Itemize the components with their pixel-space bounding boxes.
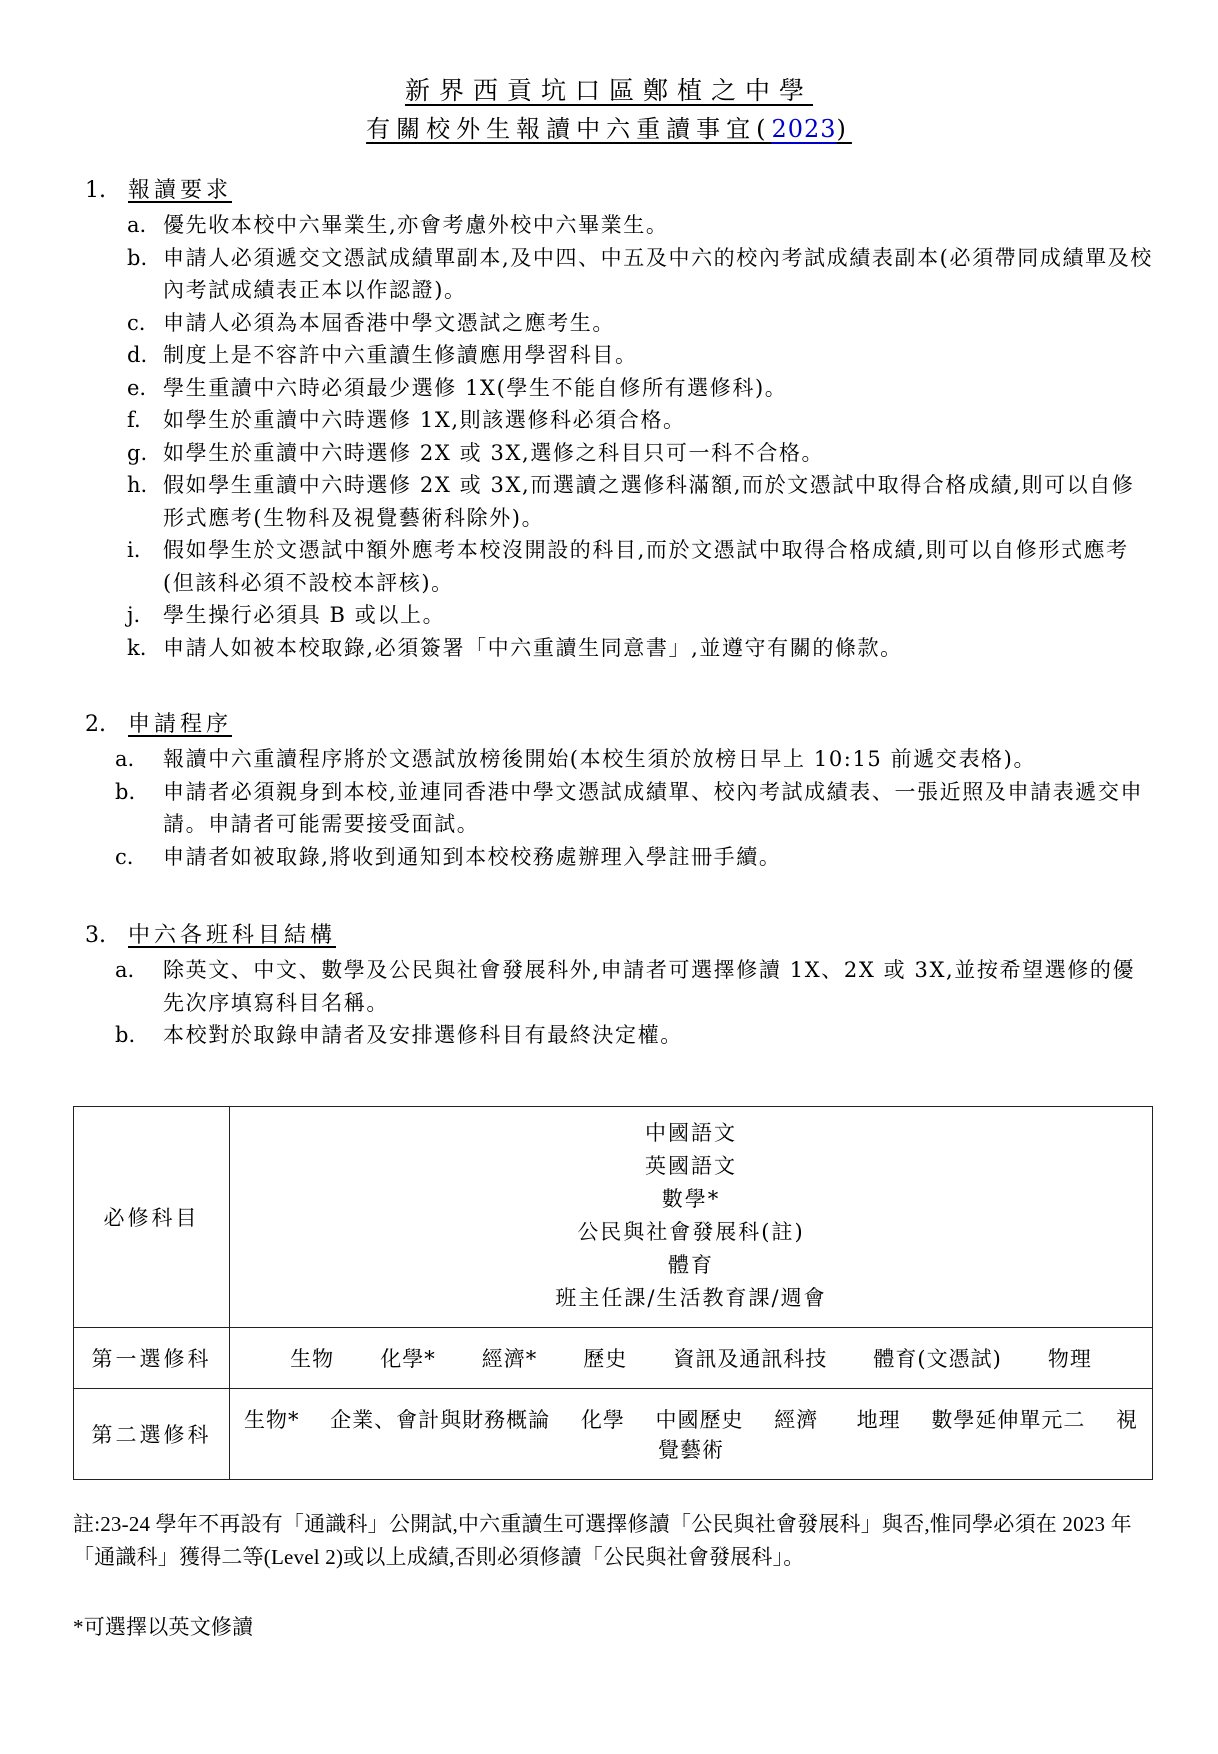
table-row-first-elective: 第一選修科 生物 化學* 經濟* 歷史 資訊及通訊科技 體育(文憑試) 物理 <box>74 1327 1153 1388</box>
document-title: 新界西貢坑口區鄭植之中學 有關校外生報讀中六重讀事宜(2023) <box>0 72 1218 148</box>
list-item: k.申請人如被本校取錄,必須簽署「中六重讀生同意書」,並遵守有關的條款。 <box>85 632 1156 665</box>
list-item: c.申請人必須為本屆香港中學文憑試之應考生。 <box>85 307 1156 340</box>
item-label: c. <box>115 841 163 874</box>
item-text: 如學生於重讀中六時選修 1X,則該選修科必須合格。 <box>163 404 1156 437</box>
subtitle-suffix: ) <box>837 115 852 143</box>
row-header-elective2: 第二選修科 <box>74 1388 230 1479</box>
document-subtitle: 有關校外生報讀中六重讀事宜(2023) <box>0 110 1218 148</box>
section-number: 3. <box>85 919 128 953</box>
notes: 註:23-24 學年不再設有「通識科」公開試,中六重讀生可選擇修讀「公民與社會發… <box>0 1508 1218 1641</box>
footnote-english-medium: *可選擇以英文修讀 <box>73 1611 1156 1641</box>
section-heading: 中六各班科目結構 <box>128 919 336 953</box>
section-items: a.報讀中六重讀程序將於文憑試放榜後開始(本校生須於放榜日早上 10:15 前遞… <box>85 743 1156 873</box>
document-page: 新界西貢坑口區鄭植之中學 有關校外生報讀中六重讀事宜(2023) 1. 報讀要求… <box>0 0 1218 1754</box>
item-label: k. <box>127 632 163 665</box>
item-text: 制度上是不容許中六重讀生修讀應用學習科目。 <box>163 339 1156 372</box>
school-name: 新界西貢坑口區鄭植之中學 <box>0 72 1218 110</box>
item-text: 如學生於重讀中六時選修 2X 或 3X,選修之科目只可一科不合格。 <box>163 437 1156 470</box>
item-text: 假如學生於文憑試中額外應考本校沒開設的科目,而於文憑試中取得合格成績,則可以自修… <box>163 534 1156 599</box>
item-label: g. <box>127 437 163 470</box>
note-citizenship-subject: 註:23-24 學年不再設有「通識科」公開試,中六重讀生可選擇修讀「公民與社會發… <box>73 1508 1156 1574</box>
section-heading-row: 2. 申請程序 <box>85 708 1156 742</box>
section-number: 2. <box>85 708 128 742</box>
section-heading: 報讀要求 <box>128 174 232 208</box>
item-label: a. <box>127 209 163 242</box>
item-label: h. <box>127 469 163 534</box>
item-text: 申請人必須為本屆香港中學文憑試之應考生。 <box>163 307 1156 340</box>
item-label: c. <box>127 307 163 340</box>
core-subjects-cell: 中國語文 英國語文 數學* 公民與社會發展科(註) 體育 班主任課/生活教育課/… <box>230 1106 1153 1327</box>
row-header-core: 必修科目 <box>74 1106 230 1327</box>
table-row-second-elective: 第二選修科 生物* 企業、會計與財務概論 化學 中國歷史 經濟 地理 數學延伸單… <box>74 1388 1153 1479</box>
item-label: f. <box>127 404 163 437</box>
section-admission-requirements: 1. 報讀要求 a.優先收本校中六畢業生,亦會考慮外校中六畢業生。 b.申請人必… <box>85 174 1156 664</box>
item-text: 假如學生重讀中六時選修 2X 或 3X,而選讀之選修科滿額,而於文憑試中取得合格… <box>163 469 1156 534</box>
list-item: b.本校對於取錄申請者及安排選修科目有最終決定權。 <box>85 1019 1156 1052</box>
subjects-table: 必修科目 中國語文 英國語文 數學* 公民與社會發展科(註) 體育 班主任課/生… <box>73 1106 1153 1480</box>
list-item: f.如學生於重讀中六時選修 1X,則該選修科必須合格。 <box>85 404 1156 437</box>
section-items: a.除英文、中文、數學及公民與社會發展科外,申請者可選擇修讀 1X、2X 或 3… <box>85 954 1156 1052</box>
list-item: c.申請者如被取錄,將收到通知到本校校務處辦理入學註冊手續。 <box>85 841 1156 874</box>
section-subject-structure: 3. 中六各班科目結構 a.除英文、中文、數學及公民與社會發展科外,申請者可選擇… <box>85 919 1156 1052</box>
item-text: 報讀中六重讀程序將於文憑試放榜後開始(本校生須於放榜日早上 10:15 前遞交表… <box>163 743 1156 776</box>
subtitle-prefix: 有關校外生報讀中六重讀事宜( <box>366 115 771 143</box>
table-row-core-subjects: 必修科目 中國語文 英國語文 數學* 公民與社會發展科(註) 體育 班主任課/生… <box>74 1106 1153 1327</box>
list-item: a.除英文、中文、數學及公民與社會發展科外,申請者可選擇修讀 1X、2X 或 3… <box>85 954 1156 1019</box>
item-label: b. <box>127 242 163 307</box>
item-label: d. <box>127 339 163 372</box>
section-heading-row: 1. 報讀要求 <box>85 174 1156 208</box>
list-item: b.申請人必須遞交文憑試成績單副本,及中四、中五及中六的校內考試成績表副本(必須… <box>85 242 1156 307</box>
item-text: 學生重讀中六時必須最少選修 1X(學生不能自修所有選修科)。 <box>163 372 1156 405</box>
item-text: 學生操行必須具 B 或以上。 <box>163 599 1156 632</box>
item-label: b. <box>115 776 163 841</box>
item-text: 申請者必須親身到本校,並連同香港中學文憑試成績單、校內考試成績表、一張近照及申請… <box>163 776 1156 841</box>
list-item: a.報讀中六重讀程序將於文憑試放榜後開始(本校生須於放榜日早上 10:15 前遞… <box>85 743 1156 776</box>
elective2-subjects-cell: 生物* 企業、會計與財務概論 化學 中國歷史 經濟 地理 數學延伸單元二 視覺藝… <box>230 1388 1153 1479</box>
list-item: i.假如學生於文憑試中額外應考本校沒開設的科目,而於文憑試中取得合格成績,則可以… <box>85 534 1156 599</box>
list-item: g.如學生於重讀中六時選修 2X 或 3X,選修之科目只可一科不合格。 <box>85 437 1156 470</box>
list-item: b.申請者必須親身到本校,並連同香港中學文憑試成績單、校內考試成績表、一張近照及… <box>85 776 1156 841</box>
list-item: e.學生重讀中六時必須最少選修 1X(學生不能自修所有選修科)。 <box>85 372 1156 405</box>
section-items: a.優先收本校中六畢業生,亦會考慮外校中六畢業生。 b.申請人必須遞交文憑試成績… <box>85 209 1156 664</box>
list-item: j.學生操行必須具 B 或以上。 <box>85 599 1156 632</box>
item-text: 申請人如被本校取錄,必須簽署「中六重讀生同意書」,並遵守有關的條款。 <box>163 632 1156 665</box>
item-label: a. <box>115 743 163 776</box>
list-item: a.優先收本校中六畢業生,亦會考慮外校中六畢業生。 <box>85 209 1156 242</box>
section-heading: 申請程序 <box>128 708 232 742</box>
item-text: 申請人必須遞交文憑試成績單副本,及中四、中五及中六的校內考試成績表副本(必須帶同… <box>163 242 1156 307</box>
elective1-subjects-cell: 生物 化學* 經濟* 歷史 資訊及通訊科技 體育(文憑試) 物理 <box>230 1327 1153 1388</box>
section-application-procedure: 2. 申請程序 a.報讀中六重讀程序將於文憑試放榜後開始(本校生須於放榜日早上 … <box>85 708 1156 873</box>
item-label: j. <box>127 599 163 632</box>
item-label: e. <box>127 372 163 405</box>
section-number: 1. <box>85 174 128 208</box>
list-item: h.假如學生重讀中六時選修 2X 或 3X,而選讀之選修科滿額,而於文憑試中取得… <box>85 469 1156 534</box>
year-link[interactable]: 2023 <box>771 115 836 143</box>
row-header-elective1: 第一選修科 <box>74 1327 230 1388</box>
section-heading-row: 3. 中六各班科目結構 <box>85 919 1156 953</box>
item-text: 除英文、中文、數學及公民與社會發展科外,申請者可選擇修讀 1X、2X 或 3X,… <box>163 954 1156 1019</box>
item-label: b. <box>115 1019 163 1052</box>
item-label: i. <box>127 534 163 599</box>
item-text: 申請者如被取錄,將收到通知到本校校務處辦理入學註冊手續。 <box>163 841 1156 874</box>
item-text: 本校對於取錄申請者及安排選修科目有最終決定權。 <box>163 1019 1156 1052</box>
item-text: 優先收本校中六畢業生,亦會考慮外校中六畢業生。 <box>163 209 1156 242</box>
item-label: a. <box>115 954 163 1019</box>
document-body: 1. 報讀要求 a.優先收本校中六畢業生,亦會考慮外校中六畢業生。 b.申請人必… <box>0 174 1218 1052</box>
list-item: d.制度上是不容許中六重讀生修讀應用學習科目。 <box>85 339 1156 372</box>
